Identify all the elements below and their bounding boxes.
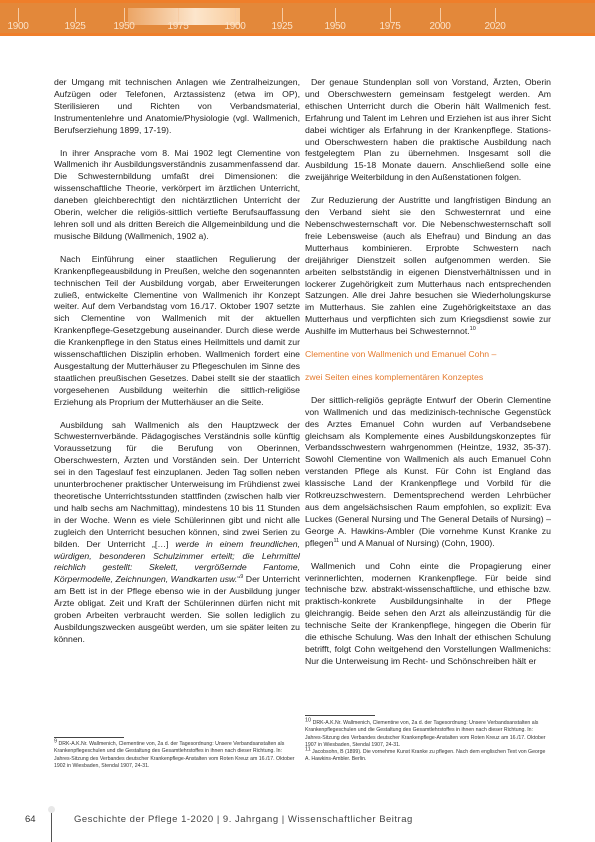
timeline-year: 1925: [271, 21, 292, 32]
timeline-header: 1900 1925 1950 1975 1900 1925 1950 1975 …: [0, 0, 595, 36]
paragraph: Ausbildung sah Wallmenich als den Hauptz…: [54, 420, 300, 646]
timeline-tick: [178, 8, 179, 22]
paragraph: Wallmenich und Cohn einte die Propagieru…: [305, 561, 551, 668]
footnote: 10 DRK-A.K.Nr. Wallmenich, Clementine vo…: [305, 720, 551, 749]
subheading-line: zwei Seiten eines komplementären Konzept…: [305, 372, 551, 384]
page-number: 64: [25, 814, 36, 825]
footnote-text: DRK-A.K.Nr. Wallmenich, Clementine von, …: [54, 741, 295, 769]
footnote-text: DRK-A.K.Nr. Wallmenich, Clementine von, …: [305, 720, 546, 748]
footnote-divider: [305, 715, 375, 716]
paragraph: In ihrer Ansprache vom 8. Mai 1902 legt …: [54, 148, 300, 243]
timeline-year: 1950: [113, 21, 134, 32]
footnote-divider: [54, 737, 124, 738]
timeline-year: 1925: [64, 21, 85, 32]
journal-info: Geschichte der Pflege 1-2020 | 9. Jahrga…: [74, 814, 413, 825]
subheading-line: Clementine von Wallmenich und Emanuel Co…: [305, 349, 551, 361]
paragraph: Nach Einführung einer staatlichen Reguli…: [54, 254, 300, 409]
footnote: 11 Jacobsohn, B (1899). Die vornehme Kun…: [305, 749, 551, 764]
timeline-tick: [440, 8, 441, 22]
timeline-tick: [335, 8, 336, 22]
timeline-tick: [282, 8, 283, 22]
paragraph-text: und A Manual of Nursing) (Cohn, 1900).: [339, 538, 495, 548]
footnotes-right: 10 DRK-A.K.Nr. Wallmenich, Clementine vo…: [305, 720, 551, 764]
timeline-year: 1975: [167, 21, 188, 32]
paragraph: Zur Reduzierung der Austritte und langfr…: [305, 195, 551, 338]
footnote-text: Jacobsohn, B (1899). Die vornehme Kunst …: [305, 749, 545, 762]
footnote-number: 9: [54, 738, 57, 744]
paragraph-text: Der sittlich-religiös geprägte Entwurf d…: [305, 395, 551, 548]
paragraph: der Umgang mit technischen Anlagen wie Z…: [54, 77, 300, 137]
timeline-year: 1950: [324, 21, 345, 32]
timeline-year: 1900: [224, 21, 245, 32]
timeline-tick: [390, 8, 391, 22]
timeline-year: 2000: [429, 21, 450, 32]
paragraph-text: Der Unterricht am Bett ist in der Pflege…: [54, 574, 300, 644]
timeline-tick: [235, 8, 236, 22]
paragraph-text: Ausbildung sah Wallmenich als den Hauptz…: [54, 420, 300, 549]
footnote-ref[interactable]: 10: [470, 326, 476, 332]
paragraph: Der genaue Stundenplan soll von Vorstand…: [305, 77, 551, 184]
section-subheading: Clementine von Wallmenich und Emanuel Co…: [305, 349, 551, 384]
page-footer: 64 Geschichte der Pflege 1-2020 | 9. Jah…: [0, 808, 595, 842]
footnote-number: 11: [305, 746, 311, 752]
paragraph: Der sittlich-religiös geprägte Entwurf d…: [305, 395, 551, 550]
footnotes-left: 9 DRK-A.K.Nr. Wallmenich, Clementine von…: [54, 741, 300, 770]
timeline-tick: [18, 8, 19, 22]
timeline-year: 1900: [7, 21, 28, 32]
timeline-tick: [124, 8, 125, 22]
timeline-year: 1975: [379, 21, 400, 32]
footnote: 9 DRK-A.K.Nr. Wallmenich, Clementine von…: [54, 741, 300, 770]
footer-divider-dot: [48, 806, 55, 813]
timeline-tick: [495, 8, 496, 22]
left-column: der Umgang mit technischen Anlagen wie Z…: [54, 77, 300, 657]
footnote-number: 10: [305, 717, 311, 723]
timeline-year: 2020: [484, 21, 505, 32]
paragraph-text: Zur Reduzierung der Austritte und langfr…: [305, 195, 551, 336]
right-column: Der genaue Stundenplan soll von Vorstand…: [305, 77, 551, 679]
footer-divider: [51, 808, 52, 842]
timeline-tick: [75, 8, 76, 22]
